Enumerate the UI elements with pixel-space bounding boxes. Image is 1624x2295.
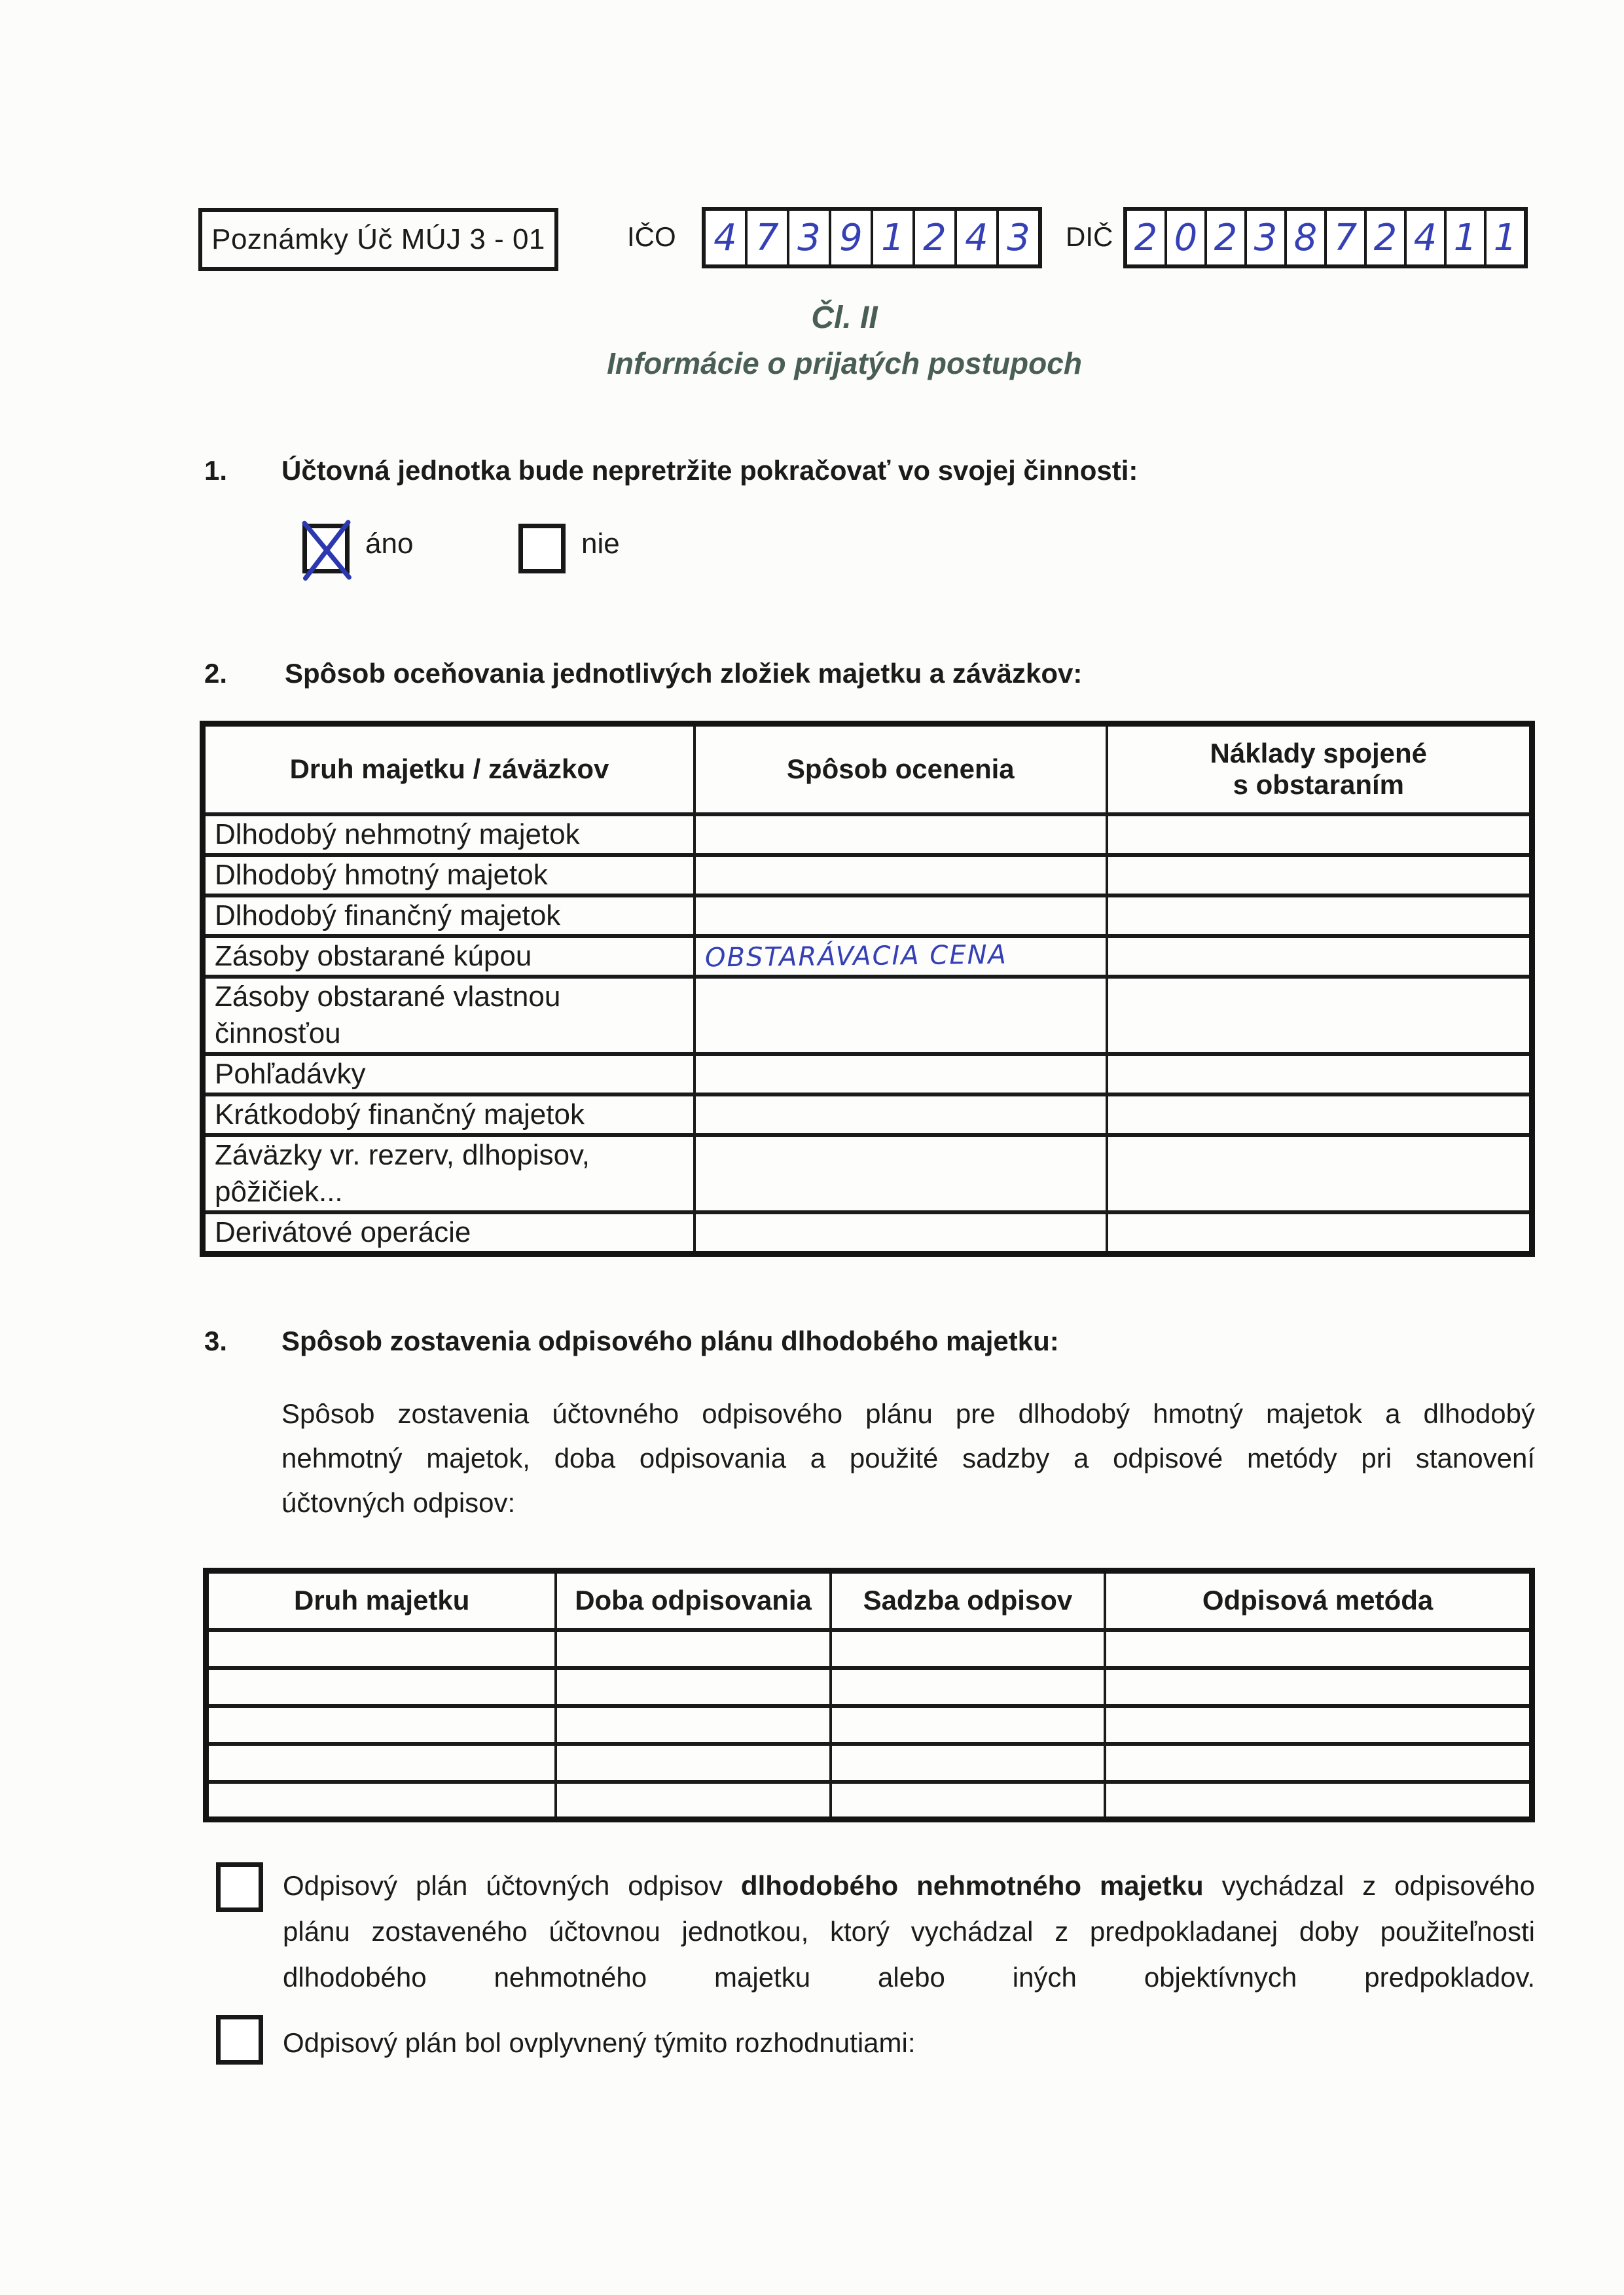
article-number: Čl. II bbox=[262, 300, 1427, 336]
table-row: Pohľadávky bbox=[203, 1054, 1532, 1094]
valuation-table: Druh majetku / záväzkov Spôsob ocenenia … bbox=[200, 721, 1535, 1257]
dic-digit-cell[interactable]: 7 bbox=[1324, 211, 1364, 264]
empty-cell[interactable] bbox=[831, 1782, 1105, 1820]
table-row: Zásoby obstarané vlastnou činnosťou bbox=[203, 977, 1532, 1054]
dic-digit-cell[interactable]: 2 bbox=[1364, 211, 1404, 264]
section3-number: 3. bbox=[204, 1326, 227, 1357]
form-code-box: Poznámky Úč MÚJ 3 - 01 bbox=[198, 208, 558, 271]
table-row bbox=[206, 1706, 1532, 1744]
empty-cell[interactable] bbox=[831, 1744, 1105, 1782]
table-row bbox=[206, 1744, 1532, 1782]
empty-cell[interactable] bbox=[1105, 1706, 1532, 1744]
dic-digit-cell[interactable]: 0 bbox=[1164, 211, 1204, 264]
druh-cell: Zásoby obstarané kúpou bbox=[203, 936, 695, 977]
ico-digit-cell[interactable]: 9 bbox=[829, 211, 871, 264]
plan-influenced-label: Odpisový plán bol ovplyvnený týmito rozh… bbox=[283, 2020, 1535, 2066]
dic-digit-cell[interactable]: 3 bbox=[1244, 211, 1284, 264]
table-row bbox=[206, 1630, 1532, 1668]
table-row bbox=[206, 1782, 1532, 1820]
paragraph-line: nehmotný majetok, doba odpisovania a pou… bbox=[281, 1436, 1535, 1481]
article-title: Informácie o prijatých postupoch bbox=[262, 346, 1427, 381]
ocenenie-cell[interactable] bbox=[695, 814, 1107, 855]
ico-digit-cell[interactable]: 1 bbox=[871, 211, 912, 264]
empty-cell[interactable] bbox=[831, 1668, 1105, 1706]
dic-label: DIČ bbox=[1066, 206, 1113, 268]
form-code: Poznámky Úč MÚJ 3 - 01 bbox=[211, 223, 545, 256]
ocenenie-cell[interactable]: OBSTARÁVACIA CENA bbox=[695, 936, 1107, 977]
table-row: Dlhodobý hmotný majetok bbox=[203, 855, 1532, 895]
empty-cell[interactable] bbox=[556, 1706, 830, 1744]
naklady-cell[interactable] bbox=[1107, 895, 1532, 936]
dic-digit-cell[interactable]: 2 bbox=[1204, 211, 1244, 264]
table-row: Derivátové operácie bbox=[203, 1212, 1532, 1254]
dic-digit-cell[interactable]: 1 bbox=[1444, 211, 1484, 264]
naklady-cell[interactable] bbox=[1107, 814, 1532, 855]
paragraph-line: účtovných odpisov: bbox=[281, 1481, 1535, 1525]
table-row: Dlhodobý finančný majetok bbox=[203, 895, 1532, 936]
paragraph-line: Spôsob zostavenia účtovného odpisového p… bbox=[281, 1392, 1535, 1436]
col-header-druh: Druh majetku / záväzkov bbox=[203, 724, 695, 814]
ocenenie-cell[interactable] bbox=[695, 1094, 1107, 1135]
empty-cell[interactable] bbox=[831, 1630, 1105, 1668]
druh-cell: Pohľadávky bbox=[203, 1054, 695, 1094]
table-row: Záväzky vr. rezerv, dlhopisov, pôžičiek.… bbox=[203, 1135, 1532, 1212]
section1-number: 1. bbox=[204, 455, 227, 486]
checkbox-plan-influenced[interactable] bbox=[216, 2015, 263, 2065]
ocenenie-cell[interactable] bbox=[695, 977, 1107, 1054]
ico-digit-cell[interactable]: 2 bbox=[912, 211, 954, 264]
empty-cell[interactable] bbox=[1105, 1782, 1532, 1820]
checkbox-depreciation-plan[interactable] bbox=[216, 1862, 263, 1912]
paragraph-line: plánu zostaveného účtovnou jednotkou, kt… bbox=[283, 1909, 1535, 1955]
ico-digit-cell[interactable]: 4 bbox=[706, 211, 745, 264]
empty-cell[interactable] bbox=[831, 1706, 1105, 1744]
dic-digit-cell[interactable]: 4 bbox=[1404, 211, 1444, 264]
druh-cell: Zásoby obstarané vlastnou činnosťou bbox=[203, 977, 695, 1054]
naklady-cell[interactable] bbox=[1107, 1212, 1532, 1254]
no-label: nie bbox=[581, 528, 620, 560]
ico-label: IČO bbox=[627, 206, 676, 268]
naklady-cell[interactable] bbox=[1107, 855, 1532, 895]
ico-digit-cell[interactable]: 3 bbox=[787, 211, 829, 264]
empty-cell[interactable] bbox=[556, 1744, 830, 1782]
druh-cell: Dlhodobý hmotný majetok bbox=[203, 855, 695, 895]
empty-cell[interactable] bbox=[206, 1782, 556, 1820]
empty-cell[interactable] bbox=[1105, 1668, 1532, 1706]
checkbox-no[interactable] bbox=[518, 524, 566, 573]
naklady-cell[interactable] bbox=[1107, 1135, 1532, 1212]
col-header-metoda: Odpisová metóda bbox=[1105, 1571, 1532, 1630]
empty-cell[interactable] bbox=[206, 1706, 556, 1744]
text-segment: vychádzal z odpisového bbox=[1204, 1870, 1535, 1901]
table-row: Zásoby obstarané kúpou OBSTARÁVACIA CENA bbox=[203, 936, 1532, 977]
section2-heading: Spôsob oceňovania jednotlivých zložiek m… bbox=[285, 658, 1538, 689]
section1-heading: Účtovná jednotka bude nepretržite pokrač… bbox=[281, 455, 1535, 486]
empty-cell[interactable] bbox=[206, 1744, 556, 1782]
druh-cell: Krátkodobý finančný majetok bbox=[203, 1094, 695, 1135]
paragraph-line: dlhodobého nehmotného majetku alebo inýc… bbox=[283, 1955, 1535, 2000]
depreciation-plan-paragraph: Odpisový plán účtovných odpisov dlhodobé… bbox=[283, 1863, 1535, 2000]
ocenenie-cell[interactable] bbox=[695, 1212, 1107, 1254]
ico-digit-cell[interactable]: 3 bbox=[996, 211, 1038, 264]
col-header-druh-majetku: Druh majetku bbox=[206, 1571, 556, 1630]
ico-digit-boxes: 4 7 3 9 1 2 4 3 bbox=[702, 207, 1042, 268]
naklady-cell[interactable] bbox=[1107, 1094, 1532, 1135]
table-row bbox=[206, 1668, 1532, 1706]
handwritten-valuation: OBSTARÁVACIA CENA bbox=[705, 939, 1007, 973]
col-header-sadzba: Sadzba odpisov bbox=[831, 1571, 1105, 1630]
empty-cell[interactable] bbox=[1105, 1744, 1532, 1782]
dic-digit-cell[interactable]: 1 bbox=[1484, 211, 1524, 264]
scanned-form-page: Poznámky Úč MÚJ 3 - 01 IČO 4 7 3 9 1 2 4… bbox=[0, 0, 1624, 2295]
ocenenie-cell[interactable] bbox=[695, 895, 1107, 936]
yes-label: áno bbox=[365, 528, 413, 560]
section3-paragraph: Spôsob zostavenia účtovného odpisového p… bbox=[281, 1392, 1535, 1525]
dic-digit-boxes: 2 0 2 3 8 7 2 4 1 1 bbox=[1123, 207, 1528, 268]
empty-cell[interactable] bbox=[556, 1630, 830, 1668]
checkbox-yes[interactable] bbox=[302, 524, 350, 573]
empty-cell[interactable] bbox=[206, 1668, 556, 1706]
empty-cell[interactable] bbox=[206, 1630, 556, 1668]
dic-digit-cell[interactable]: 8 bbox=[1284, 211, 1324, 264]
ico-digit-cell[interactable]: 4 bbox=[954, 211, 996, 264]
ocenenie-cell[interactable] bbox=[695, 1135, 1107, 1212]
col-header-naklady: Náklady spojené s obstaraním bbox=[1107, 724, 1532, 814]
ico-digit-cell[interactable]: 7 bbox=[745, 211, 787, 264]
druh-cell: Dlhodobý nehmotný majetok bbox=[203, 814, 695, 855]
dic-digit-cell[interactable]: 2 bbox=[1127, 211, 1164, 264]
empty-cell[interactable] bbox=[1105, 1630, 1532, 1668]
table-row: Krátkodobý finančný majetok bbox=[203, 1094, 1532, 1135]
naklady-cell[interactable] bbox=[1107, 936, 1532, 977]
naklady-cell[interactable] bbox=[1107, 1054, 1532, 1094]
table-row: Dlhodobý nehmotný majetok bbox=[203, 814, 1532, 855]
col-header-ocenenie: Spôsob ocenenia bbox=[695, 724, 1107, 814]
ocenenie-cell[interactable] bbox=[695, 855, 1107, 895]
col-header-doba: Doba odpisovania bbox=[556, 1571, 830, 1630]
ocenenie-cell[interactable] bbox=[695, 1054, 1107, 1094]
section3-heading: Spôsob zostavenia odpisového plánu dlhod… bbox=[281, 1326, 1535, 1357]
yes-check-mark bbox=[298, 518, 355, 579]
text-segment: Odpisový plán účtovných odpisov bbox=[283, 1870, 741, 1901]
text-segment-bold: dlhodobého nehmotného majetku bbox=[741, 1870, 1204, 1901]
druh-cell: Dlhodobý finančný majetok bbox=[203, 895, 695, 936]
naklady-cell[interactable] bbox=[1107, 977, 1532, 1054]
paragraph-line: Odpisový plán účtovných odpisov dlhodobé… bbox=[283, 1863, 1535, 1909]
druh-cell: Derivátové operácie bbox=[203, 1212, 695, 1254]
druh-cell: Záväzky vr. rezerv, dlhopisov, pôžičiek.… bbox=[203, 1135, 695, 1212]
section2-number: 2. bbox=[204, 658, 227, 689]
empty-cell[interactable] bbox=[556, 1782, 830, 1820]
empty-cell[interactable] bbox=[556, 1668, 830, 1706]
depreciation-table: Druh majetku Doba odpisovania Sadzba odp… bbox=[203, 1568, 1535, 1822]
